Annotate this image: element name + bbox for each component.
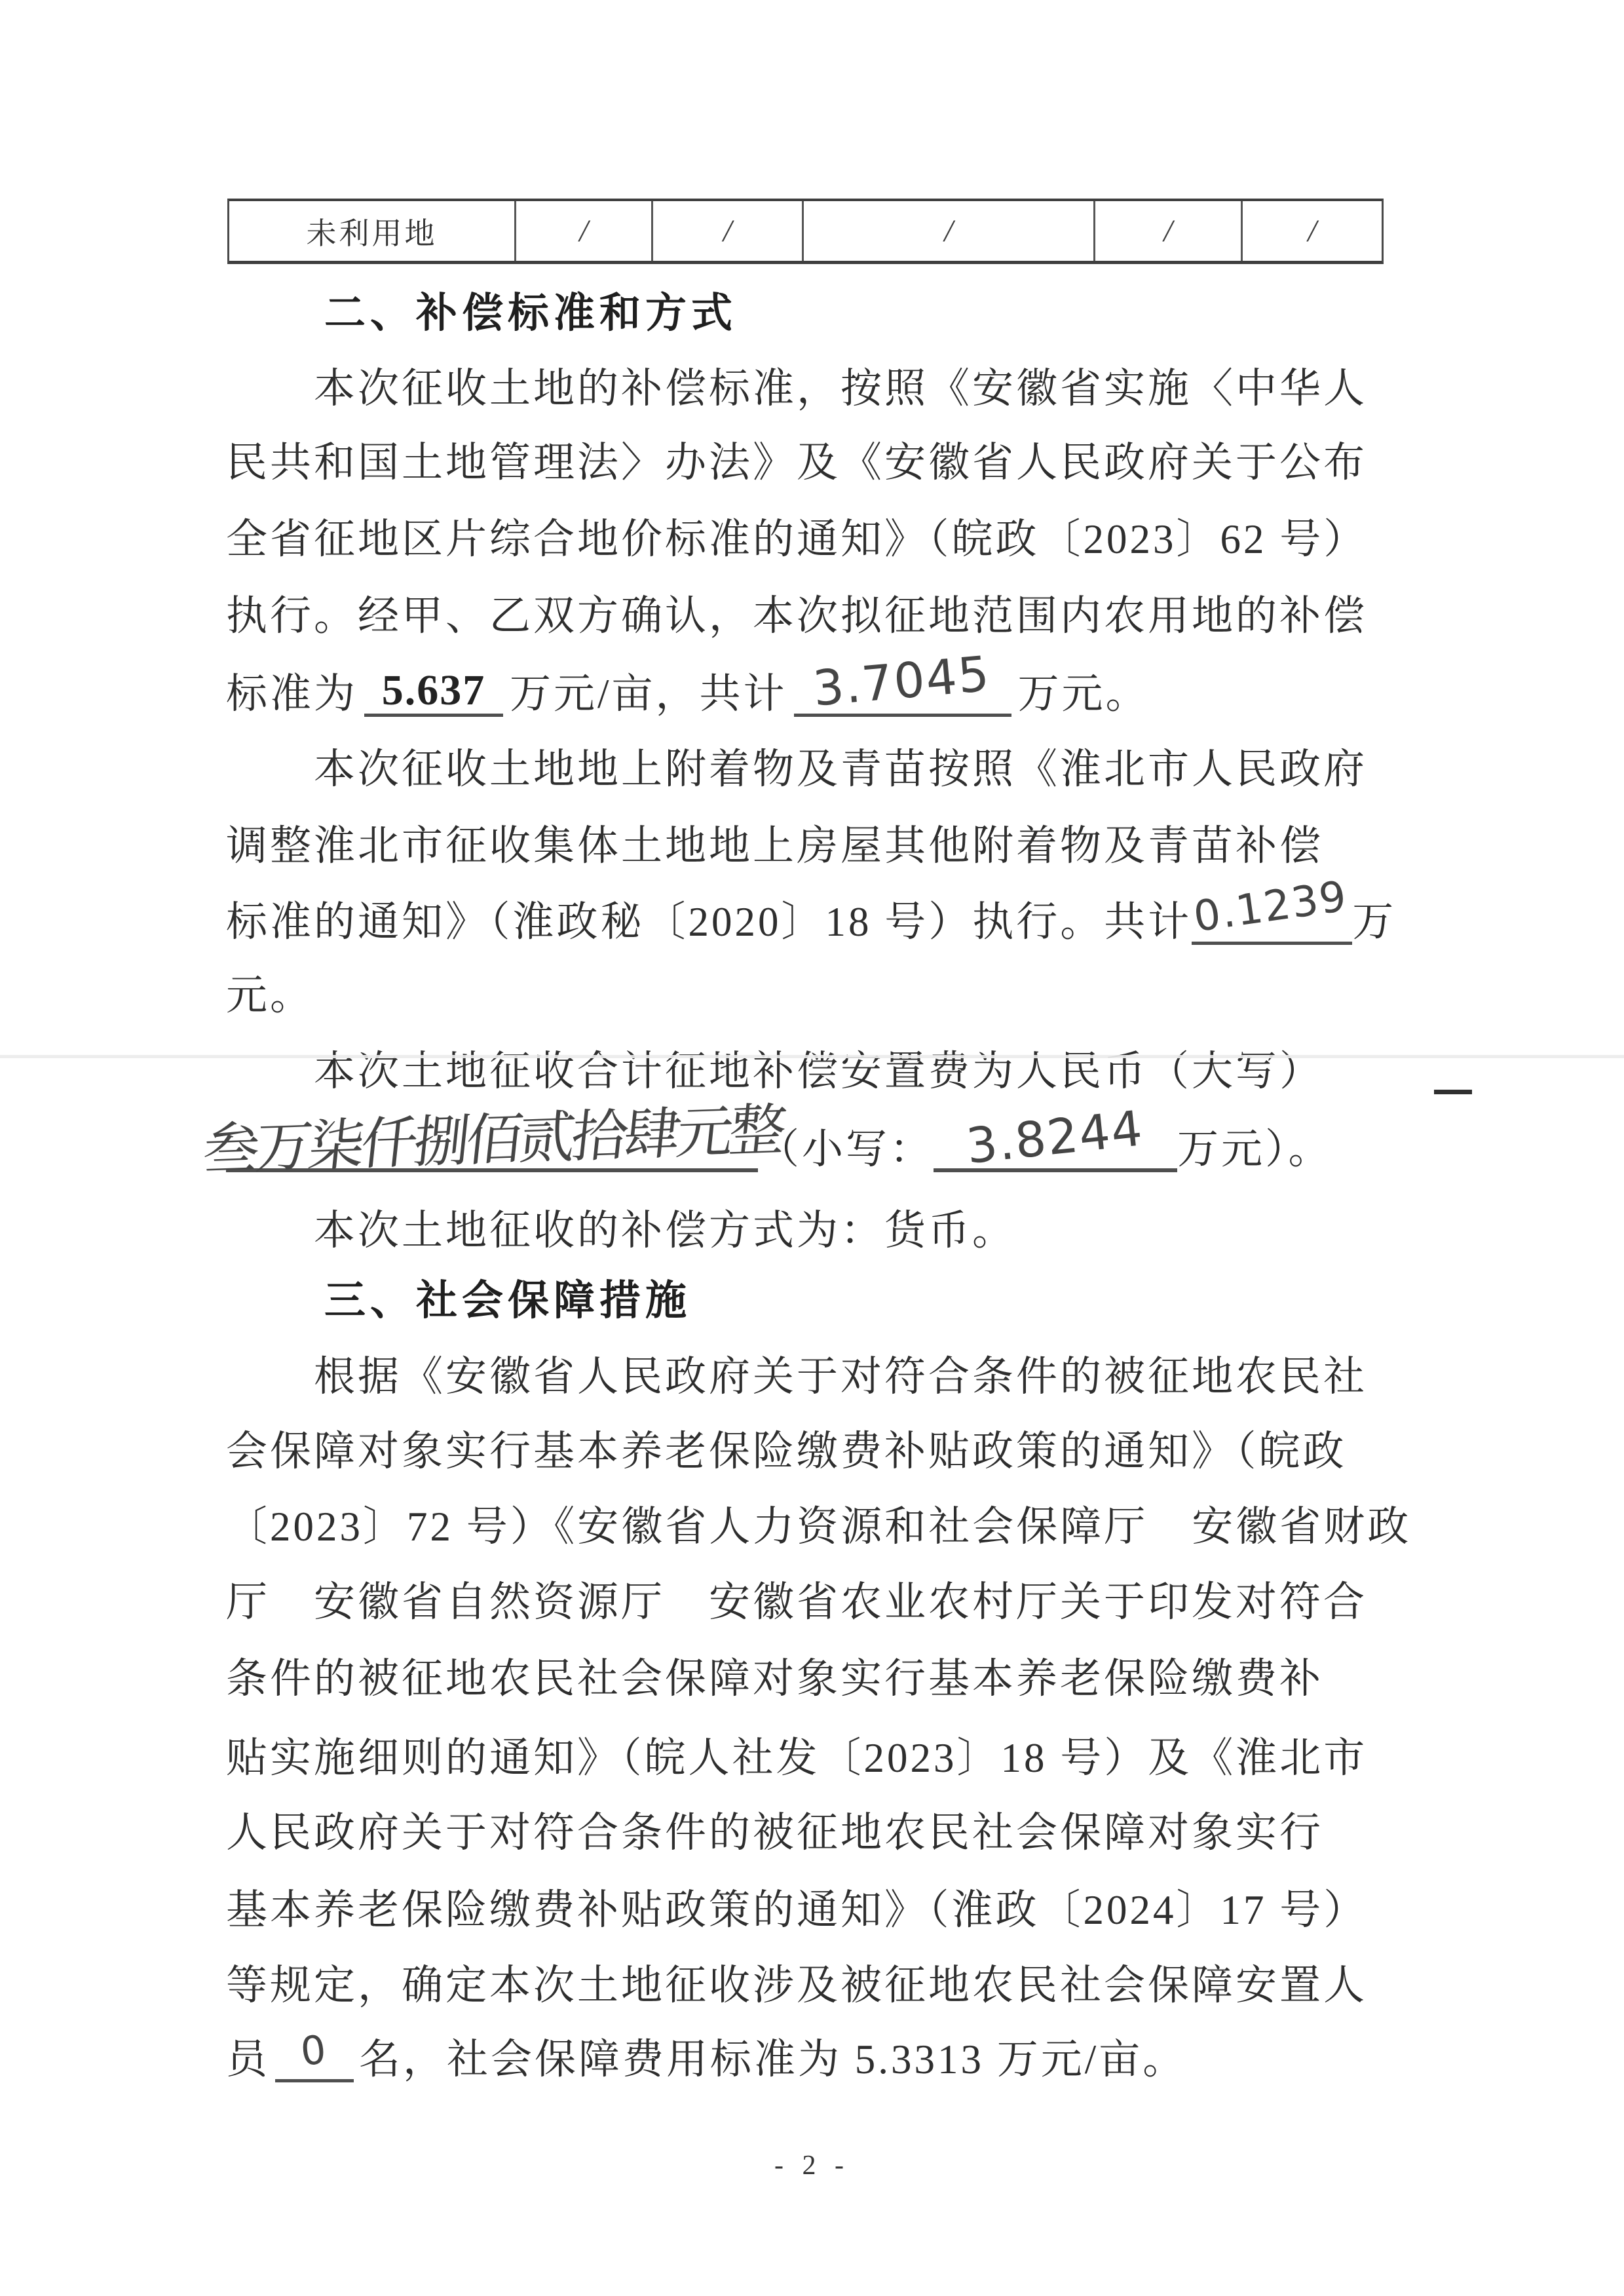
capital-amount-underscore (1434, 1058, 1472, 1094)
heading-compensation-standard: 二、补偿标准和方式 (226, 290, 1482, 337)
table-cell-slash: / (516, 201, 653, 261)
table-cell-slash: / (804, 201, 1095, 261)
paragraph-line: 执行。经甲、乙双方确认，本次拟征地范围内农用地的补偿 (226, 593, 1384, 640)
paragraph-text: （小写： (758, 1126, 934, 1172)
paragraph-line: 调整淮北市征收集体土地地上房屋其他附着物及青苗补偿 (226, 823, 1384, 870)
paragraph-line: 会保障对象实行基本养老保险缴费补贴政策的通知》（皖政 (226, 1428, 1384, 1476)
paragraph-line: 标准的通知》（淮政秘〔2020〕18 号）执行。共计 0.1239 万 (226, 898, 1384, 945)
table-cell-slash: / (1095, 201, 1243, 261)
paragraph-line: 等规定，确定本次土地征收涉及被征地农民社会保障安置人 (226, 1962, 1384, 2010)
handwritten-person-count: 0 (299, 2027, 330, 2075)
paragraph-line: 本次征收土地的补偿标准，按照《安徽省实施〈中华人 (226, 366, 1472, 413)
paragraph-line: 人民政府关于对符合条件的被征地农民社会保障对象实行 (226, 1810, 1384, 1857)
person-count-underline: 0 (275, 2038, 354, 2082)
document-page: 未利用地 / / / / / 二、补偿标准和方式 本次征收土地的补偿标准，按照《… (0, 0, 1624, 2296)
table-cell-land-type: 未利用地 (229, 201, 516, 261)
small-amount-underline: 3.8244 (934, 1128, 1177, 1172)
attachments-amount-underline: 0.1239 (1192, 900, 1352, 945)
table-cell-slash: / (653, 201, 804, 261)
paragraph-line: 本次征收土地地上附着物及青苗按照《淮北市人民政府 (226, 746, 1472, 794)
paragraph-text: 万元/亩，共计 (510, 671, 787, 717)
paragraph-line: 本次土地征收合计征地补偿安置费为人民币（大写） (226, 1047, 1472, 1094)
handwritten-farmland-total: 3.7045 (811, 651, 992, 712)
paragraph-line: 标准为 5.637 万元/亩，共计 3.7045 万元。 (226, 670, 1384, 717)
paragraph-text: 万 (1352, 899, 1396, 945)
rate-underline: 5.637 (364, 672, 503, 717)
paragraph-text: 员 (226, 2037, 270, 2082)
paragraph-text: 万元）。 (1177, 1126, 1332, 1172)
paragraph-line: 根据《安徽省人民政府关于对符合条件的被征地农民社 (226, 1354, 1472, 1401)
paragraph-line: 员 0 名，社会保障费用标准为 5.3313 万元/亩。 (226, 2035, 1384, 2082)
paragraph-line: 基本养老保险缴费补贴政策的通知》（淮政〔2024〕17 号） (226, 1887, 1384, 1934)
paragraph-line: 叁万柒仟捌佰贰拾肆元整 （小写： 3.8244 万元）。 (226, 1117, 1384, 1172)
paragraph-text: 万元。 (1018, 671, 1150, 717)
handwritten-attachments-total: 0.1239 (1191, 873, 1350, 940)
handwritten-amount-capital: 叁万柒仟捌佰贰拾肆元整 (200, 1107, 784, 1174)
paragraph-line: 条件的被征地农民社会保障对象实行基本养老保险缴费补 (226, 1656, 1384, 1703)
farmland-rate-value: 5.637 (382, 668, 486, 714)
total-amount-underline: 3.7045 (794, 672, 1011, 717)
paragraph-line: 本次土地征收的补偿方式为：货币。 (226, 1208, 1472, 1255)
paragraph-line: 厅 安徽省自然资源厅 安徽省农业农村厅关于印发对符合 (226, 1579, 1384, 1626)
capital-amount-underline: 叁万柒仟捌佰贰拾肆元整 (226, 1128, 758, 1172)
table-cell-slash: / (1243, 201, 1382, 261)
handwritten-amount-small: 3.8244 (964, 1105, 1145, 1170)
paragraph-line: 元。 (226, 972, 1384, 1020)
paragraph-line: 民共和国土地管理法〉办法》及《安徽省人民政府关于公布 (226, 440, 1384, 487)
paragraph-text: 标准的通知》（淮政秘〔2020〕18 号）执行。共计 (226, 899, 1192, 945)
paragraph-line: 〔2023〕72 号）《安徽省人力资源和社会保障厅 安徽省财政 (226, 1504, 1384, 1551)
paragraph-text: 本次土地征收合计征地补偿安置费为人民币（大写） (314, 1048, 1323, 1094)
paragraph-line: 贴实施细则的通知》（皖人社发〔2023〕18 号）及《淮北市 (226, 1735, 1384, 1782)
paragraph-text: 标准为 (226, 671, 358, 717)
paragraph-line: 全省征地区片综合地价标准的通知》（皖政〔2023〕62 号） (226, 516, 1384, 564)
heading-social-security: 三、社会保障措施 (226, 1278, 1482, 1325)
page-number: - 2 - (0, 2150, 1624, 2181)
land-use-table-fragment: 未利用地 / / / / / (227, 199, 1384, 264)
paragraph-text: 名，社会保障费用标准为 5.3313 万元/亩。 (359, 2037, 1186, 2082)
